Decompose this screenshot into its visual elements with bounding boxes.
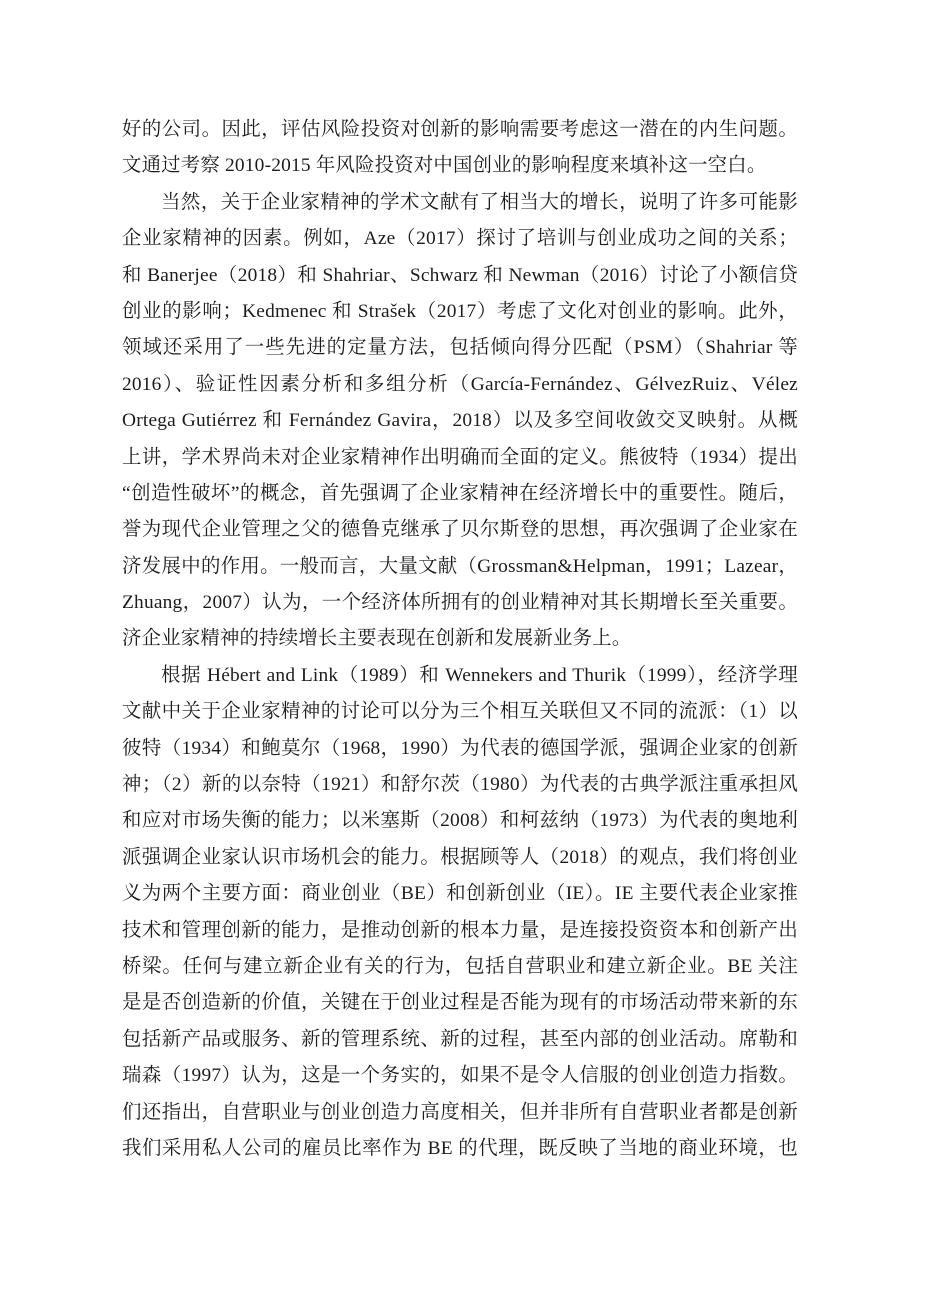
text-line: 包括新产品或服务、新的管理系统、新的过程，甚至内部的创业活动。席勒和克: [122, 1022, 798, 1058]
text-line: 桥梁。任何与建立新企业有关的行为，包括自营职业和建立新企业。BE 关注的: [122, 949, 798, 985]
text-line: 上讲，学术界尚未对企业家精神作出明确而全面的定义。熊彼特（1934）提出了: [122, 440, 798, 476]
text-line: 派强调企业家认识市场机会的能力。根据顾等人（2018）的观点，我们将创业定: [122, 840, 798, 876]
text-line: 济企业家精神的持续增长主要表现在创新和发展新业务上。: [122, 621, 798, 657]
text-line: 文通过考察 2010-2015 年风险投资对中国创业的影响程度来填补这一空白。: [122, 148, 798, 184]
text-line: 神；（2）新的以奈特（1921）和舒尔茨（1980）为代表的古典学派注重承担风险: [122, 767, 798, 803]
text-line: 是是否创造新的价值，关键在于创业过程是否能为现有的市场活动带来新的东西，: [122, 985, 798, 1021]
text-line: 创业的影响；Kedmenec 和 Strašek（2017）考虑了文化对创业的影…: [122, 294, 798, 330]
text-line: Ortega Gutiérrez 和 Fernández Gavira，2018…: [122, 403, 798, 439]
text-line: 和 Banerjee（2018）和 Shahriar、Schwarz 和 New…: [122, 258, 798, 294]
document-page: 好的公司。因此，评估风险投资对创新的影响需要考虑这一潜在的内生问题。本文通过考察…: [0, 0, 925, 1309]
text-line: 我们采用私人公司的雇员比率作为 BE 的代理，既反映了当地的商业环境，也反: [122, 1131, 798, 1167]
text-line: 义为两个主要方面：商业创业（BE）和创新创业（IE）。IE 主要代表企业家推动: [122, 876, 798, 912]
text-line: 和应对市场失衡的能力；以米塞斯（2008）和柯兹纳（1973）为代表的奥地利学: [122, 803, 798, 839]
text-line: 文献中关于企业家精神的讨论可以分为三个相互关联但又不同的流派：（1）以熊: [122, 694, 798, 730]
text-line: 们还指出，自营职业与创业创造力高度相关，但并非所有自营职业者都是创新者。: [122, 1095, 798, 1131]
text-line: Zhuang，2007）认为，一个经济体所拥有的创业精神对其长期增长至关重要。经: [122, 585, 798, 621]
text-line: 彼特（1934）和鲍莫尔（1968，1990）为代表的德国学派，强调企业家的创新…: [122, 731, 798, 767]
body-text: 好的公司。因此，评估风险投资对创新的影响需要考虑这一潜在的内生问题。本文通过考察…: [122, 112, 798, 1167]
text-line: 技术和管理创新的能力，是推动创新的根本力量，是连接投资资本和创新产出的: [122, 913, 798, 949]
text-line: 誉为现代企业管理之父的德鲁克继承了贝尔斯登的思想，再次强调了企业家在经: [122, 512, 798, 548]
text-line: 2016）、验证性因素分析和多组分析（García-Fernández、Gélv…: [122, 367, 798, 403]
text-line: 济发展中的作用。一般而言，大量文献（Grossman&Helpman，1991；…: [122, 549, 798, 585]
text-line: 当然，关于企业家精神的学术文献有了相当大的增长，说明了许多可能影响: [122, 185, 798, 221]
text-line: “创造性破坏”的概念，首先强调了企业家精神在经济增长中的重要性。随后，被: [122, 476, 798, 512]
text-line: 瑞森（1997）认为，这是一个务实的，如果不是令人信服的创业创造力指数。他: [122, 1058, 798, 1094]
text-line: 领域还采用了一些先进的定量方法，包括倾向得分匹配（PSM）（Shahriar 等…: [122, 330, 798, 366]
text-line: 好的公司。因此，评估风险投资对创新的影响需要考虑这一潜在的内生问题。本: [122, 112, 798, 148]
text-line: 企业家精神的因素。例如，Aze（2017）探讨了培训与创业成功之间的关系；Dut…: [122, 221, 798, 257]
text-line: 根据 Hébert and Link（1989）和 Wennekers and …: [122, 658, 798, 694]
